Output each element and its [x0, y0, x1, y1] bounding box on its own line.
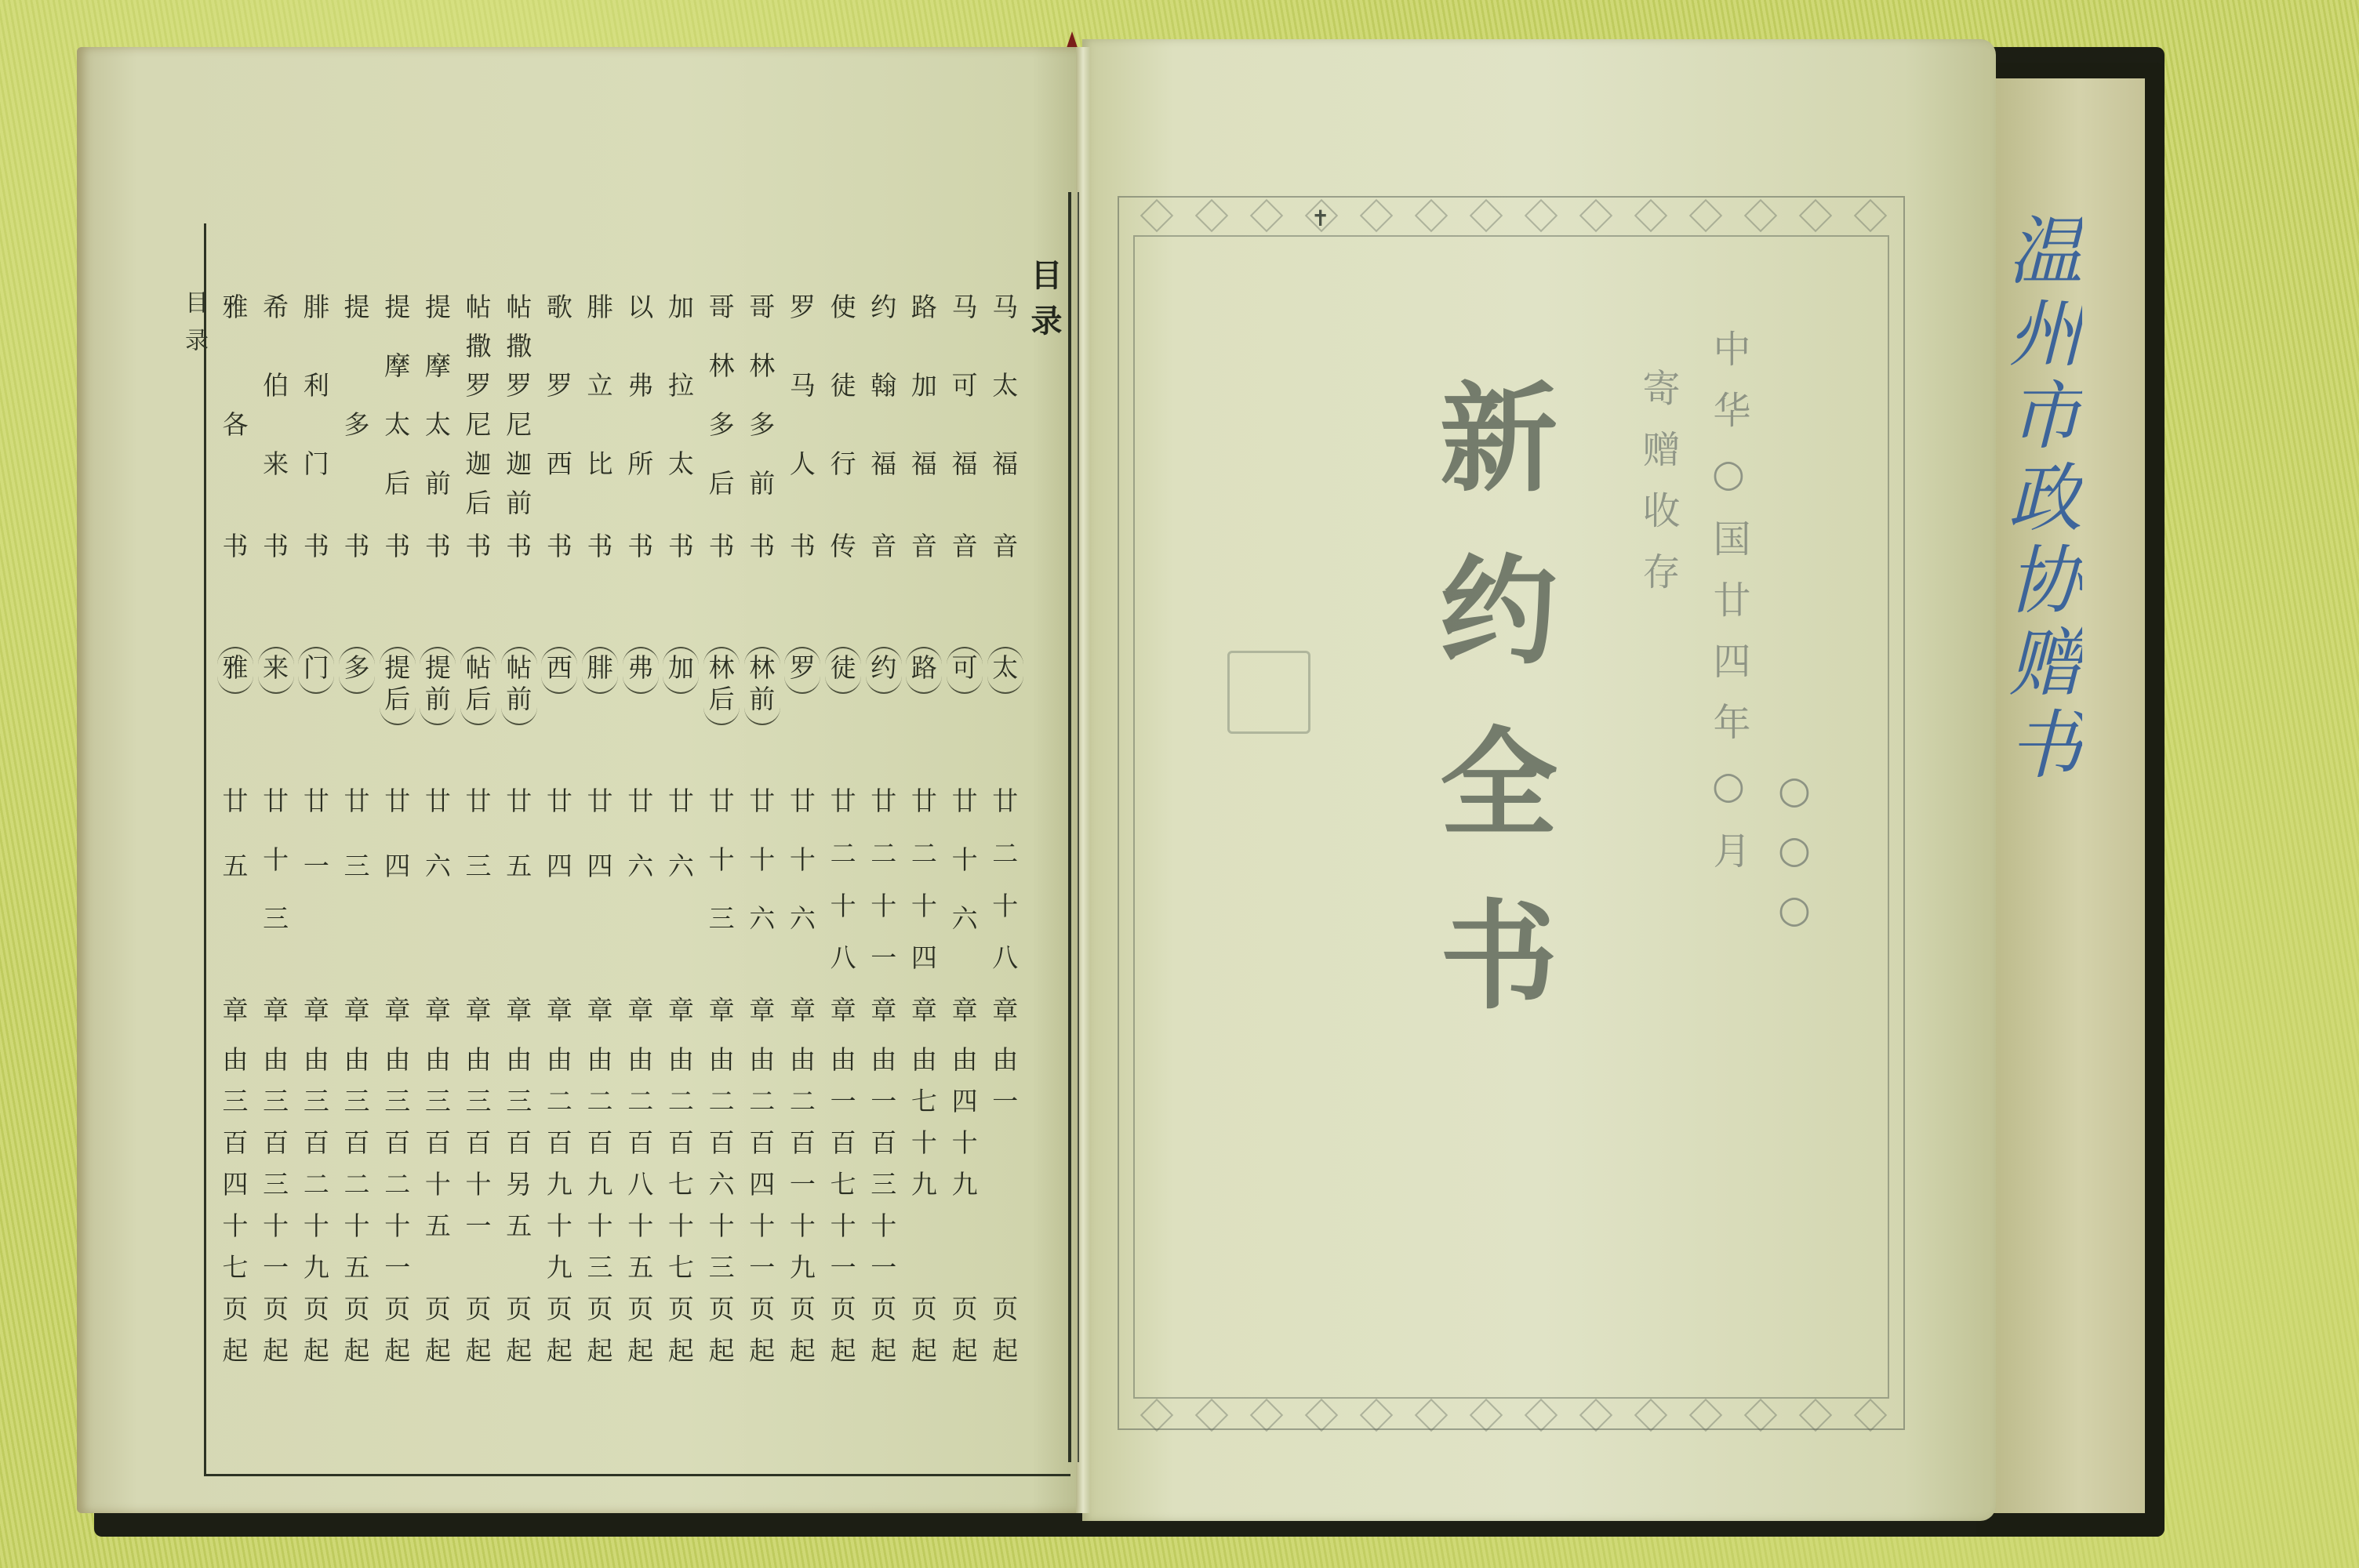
- toc-chapter-count: 廿六章: [623, 788, 659, 1023]
- toc-start-page: 由二百一十九页起: [784, 1047, 820, 1379]
- blue-ink-inscription: 温州市政协赠书: [1986, 212, 2092, 788]
- toc-book-name: 雅各书: [217, 294, 253, 529]
- toc-start-page: 由三百四十七页起: [217, 1047, 253, 1379]
- toc-entry: 马太福音太廿二十八章由一页起: [987, 294, 1023, 1392]
- toc-chapter-count: 廿二十八章: [825, 788, 861, 1023]
- toc-entry: 哥林多前书林前廿十六章由二百四十一页起: [744, 294, 780, 1392]
- toc-abbreviation: 林前: [744, 647, 780, 725]
- toc-start-page: 由一百三十一页起: [866, 1047, 902, 1379]
- toc-start-page: 由三百二十五页起: [339, 1047, 375, 1379]
- toc-chapter-count: 廿四章: [380, 788, 416, 1023]
- toc-double-rule: [1068, 192, 1079, 1462]
- toc-columns: 马太福音太廿二十八章由一页起马可福音可廿十六章由四十九页起路加福音路廿二十四章由…: [217, 294, 1023, 1392]
- faded-stamp: [1227, 651, 1310, 734]
- toc-start-page: 由二百九十三页起: [582, 1047, 618, 1379]
- toc-book-name: 腓立比书: [582, 294, 618, 529]
- toc-book-name: 马可福音: [947, 294, 983, 529]
- toc-book-name: 加拉太书: [663, 294, 699, 529]
- toc-book-name: 帖撒罗尼迦前书: [501, 294, 537, 529]
- toc-chapter-count: 廿十六章: [744, 788, 780, 1023]
- toc-start-page: 由一百七十一页起: [825, 1047, 861, 1379]
- toc-header: 目录: [1020, 259, 1067, 350]
- toc-chapter-count: 廿十三章: [703, 788, 740, 1023]
- toc-book-name: 提多书: [339, 294, 375, 529]
- toc-entry: 提摩太前书提前廿六章由三百十五页起: [420, 294, 456, 1392]
- toc-chapter-count: 廿六章: [420, 788, 456, 1023]
- toc-book-name: 歌罗西书: [541, 294, 577, 529]
- toc-chapter-count: 廿六章: [663, 788, 699, 1023]
- toc-start-page: 由三百十一页起: [460, 1047, 496, 1379]
- diamond-ornament-bottom: [1129, 1402, 1898, 1428]
- book-title: 新约全书: [1404, 376, 1573, 1066]
- toc-start-page: 由三百三十一页起: [258, 1047, 294, 1379]
- toc-start-page: 由一页起: [987, 1047, 1023, 1379]
- toc-chapter-count: 廿五章: [501, 788, 537, 1023]
- toc-entry: 使徒行传徒廿二十八章由一百七十一页起: [825, 294, 861, 1392]
- toc-abbreviation: 帖前: [501, 647, 537, 725]
- toc-chapter-count: 廿二十八章: [987, 788, 1023, 1023]
- toc-chapter-count: 廿三章: [339, 788, 375, 1023]
- toc-book-name: 罗马人书: [784, 294, 820, 529]
- toc-book-name: 帖撒罗尼迦后书: [460, 294, 496, 529]
- toc-footer: 目录: [176, 290, 211, 365]
- toc-start-page: 由二百四十一页起: [744, 1047, 780, 1379]
- toc-start-page: 由四十九页起: [947, 1047, 983, 1379]
- toc-abbreviation: 加: [663, 647, 699, 694]
- toc-abbreviation: 路: [906, 647, 942, 694]
- cross-icon: ✝: [1311, 205, 1329, 231]
- toc-book-name: 提摩太前书: [420, 294, 456, 529]
- toc-book-name: 以弗所书: [623, 294, 659, 529]
- toc-start-page: 由三百另五页起: [501, 1047, 537, 1379]
- toc-book-name: 马太福音: [987, 294, 1023, 529]
- toc-abbreviation: 提后: [380, 647, 416, 725]
- toc-abbreviation: 徒: [825, 647, 861, 694]
- toc-entry: 帖撒罗尼迦前书帖前廿五章由三百另五页起: [501, 294, 537, 1392]
- toc-entry: 加拉太书加廿六章由二百七十七页起: [663, 294, 699, 1392]
- toc-entry: 帖撒罗尼迦后书帖后廿三章由三百十一页起: [460, 294, 496, 1392]
- toc-entry: 约翰福音约廿二十一章由一百三十一页起: [866, 294, 902, 1392]
- toc-entry: 路加福音路廿二十四章由七十九页起: [906, 294, 942, 1392]
- pencil-note: ○○○: [1772, 768, 1816, 947]
- toc-abbreviation: 门: [298, 647, 334, 694]
- toc-chapter-count: 廿十六章: [784, 788, 820, 1023]
- toc-entry: 提多书多廿三章由三百二十五页起: [339, 294, 375, 1392]
- toc-chapter-count: 廿一章: [298, 788, 334, 1023]
- toc-entry: 马可福音可廿十六章由四十九页起: [947, 294, 983, 1392]
- toc-start-page: 由三百二十九页起: [298, 1047, 334, 1379]
- toc-entry: 雅各书雅廿五章由三百四十七页起: [217, 294, 253, 1392]
- toc-start-page: 由七十九页起: [906, 1047, 942, 1379]
- toc-chapter-count: 廿十三章: [258, 788, 294, 1023]
- diamond-ornament-top: [1129, 202, 1898, 229]
- toc-book-name: 哥林多前书: [744, 294, 780, 529]
- toc-abbreviation: 林后: [703, 647, 740, 725]
- toc-abbreviation: 西: [541, 647, 577, 694]
- toc-chapter-count: 廿二十一章: [866, 788, 902, 1023]
- toc-abbreviation: 可: [947, 647, 983, 694]
- toc-book-name: 使徒行传: [825, 294, 861, 529]
- toc-chapter-count: 廿四章: [541, 788, 577, 1023]
- toc-abbreviation: 提前: [420, 647, 456, 725]
- toc-abbreviation: 太: [987, 647, 1023, 694]
- pencil-note: 寄赠收存: [1631, 368, 1685, 613]
- toc-entry: 哥林多后书林后廿十三章由二百六十三页起: [703, 294, 740, 1392]
- toc-entry: 提摩太后书提后廿四章由三百二十一页起: [380, 294, 416, 1392]
- toc-entry: 歌罗西书西廿四章由二百九十九页起: [541, 294, 577, 1392]
- pencil-note: 中华○国廿四年○月: [1702, 329, 1756, 892]
- toc-abbreviation: 约: [866, 647, 902, 694]
- toc-entry: 腓立比书腓廿四章由二百九十三页起: [582, 294, 618, 1392]
- toc-start-page: 由三百二十一页起: [380, 1047, 416, 1379]
- toc-start-page: 由二百九十九页起: [541, 1047, 577, 1379]
- toc-chapter-count: 廿五章: [217, 788, 253, 1023]
- toc-abbreviation: 雅: [217, 647, 253, 694]
- toc-chapter-count: 廿二十四章: [906, 788, 942, 1023]
- toc-book-name: 路加福音: [906, 294, 942, 529]
- toc-chapter-count: 廿三章: [460, 788, 496, 1023]
- toc-abbreviation: 罗: [784, 647, 820, 694]
- toc-start-page: 由二百七十七页起: [663, 1047, 699, 1379]
- toc-abbreviation: 来: [258, 647, 294, 694]
- toc-abbreviation: 腓: [582, 647, 618, 694]
- toc-book-name: 哥林多后书: [703, 294, 740, 529]
- toc-book-name: 希伯来书: [258, 294, 294, 529]
- toc-start-page: 由二百八十五页起: [623, 1047, 659, 1379]
- toc-entry: 腓利门书门廿一章由三百二十九页起: [298, 294, 334, 1392]
- toc-entry: 罗马人书罗廿十六章由二百一十九页起: [784, 294, 820, 1392]
- toc-abbreviation: 多: [339, 647, 375, 694]
- toc-book-name: 提摩太后书: [380, 294, 416, 529]
- toc-chapter-count: 廿四章: [582, 788, 618, 1023]
- toc-entry: 希伯来书来廿十三章由三百三十一页起: [258, 294, 294, 1392]
- toc-start-page: 由二百六十三页起: [703, 1047, 740, 1379]
- toc-book-name: 腓利门书: [298, 294, 334, 529]
- toc-abbreviation: 弗: [623, 647, 659, 694]
- faded-bleed-through-text: [1153, 282, 1209, 337]
- toc-chapter-count: 廿十六章: [947, 788, 983, 1023]
- toc-abbreviation: 帖后: [460, 647, 496, 725]
- toc-start-page: 由三百十五页起: [420, 1047, 456, 1379]
- toc-entry: 以弗所书弗廿六章由二百八十五页起: [623, 294, 659, 1392]
- toc-book-name: 约翰福音: [866, 294, 902, 529]
